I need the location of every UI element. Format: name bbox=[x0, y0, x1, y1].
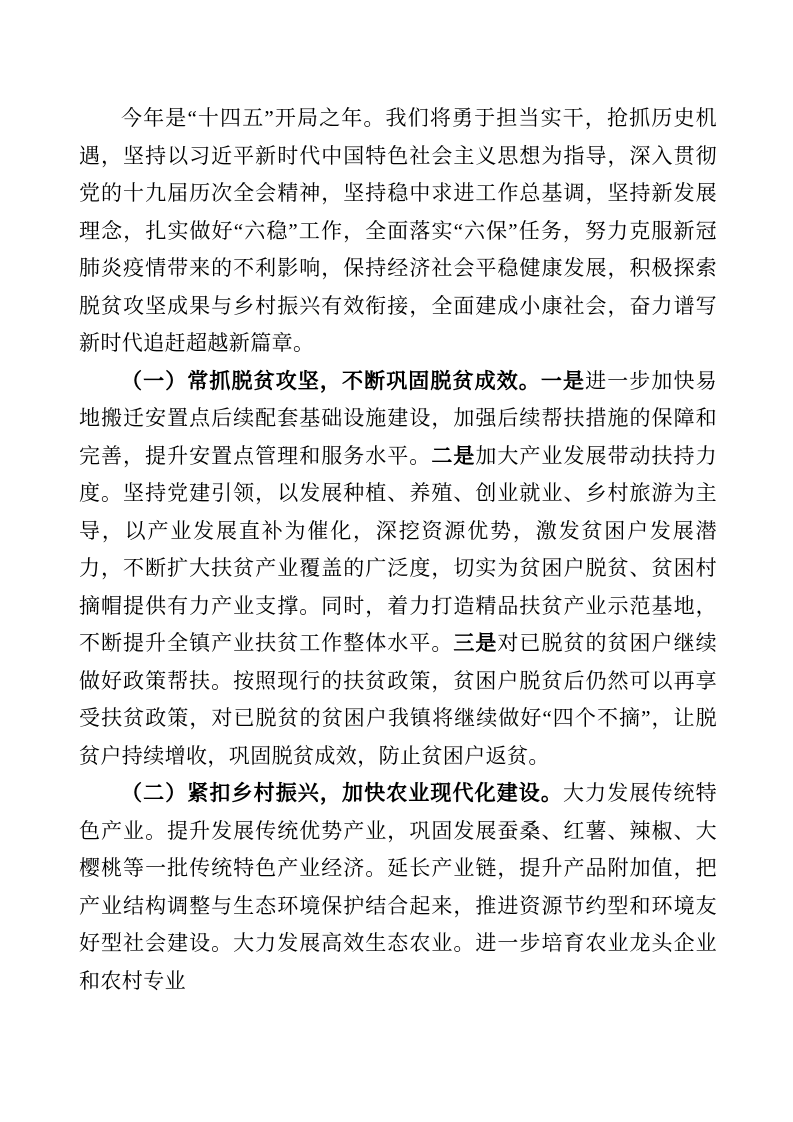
document-page: 今年是“十四五”开局之年。我们将勇于担当实干，抢抓历史机遇，坚持以习近平新时代中… bbox=[0, 0, 793, 1122]
text-segment-bold: 三是 bbox=[453, 631, 497, 655]
text-segment: 今年是“十四五”开局之年。我们将勇于担当实干，抢抓历史机遇，坚持以习近平新时代中… bbox=[79, 106, 717, 355]
text-segment-bold: 二是 bbox=[431, 444, 475, 468]
text-segment: 大力发展传统特色产业。提升发展传统优势产业，巩固发展蚕桑、红薯、辣椒、大樱桃等一… bbox=[79, 781, 717, 993]
text-segment-bold: （一）常抓脱贫攻坚，不断巩固脱贫成效。一是 bbox=[121, 369, 585, 393]
paragraph: （一）常抓脱贫攻坚，不断巩固脱贫成效。一是进一步加快易地搬迁安置点后续配套基础设… bbox=[79, 363, 717, 776]
paragraph: 今年是“十四五”开局之年。我们将勇于担当实干，抢抓历史机遇，坚持以习近平新时代中… bbox=[79, 100, 717, 363]
document-body: 今年是“十四五”开局之年。我们将勇于担当实干，抢抓历史机遇，坚持以习近平新时代中… bbox=[79, 100, 717, 1000]
text-segment: 加大产业发展带动扶持力度。坚持党建引领，以发展种植、养殖、创业就业、乡村旅游为主… bbox=[79, 444, 717, 656]
paragraph: （二）紧扣乡村振兴，加快农业现代化建设。大力发展传统特色产业。提升发展传统优势产… bbox=[79, 775, 717, 1000]
text-segment-bold: （二）紧扣乡村振兴，加快农业现代化建设。 bbox=[121, 781, 563, 805]
